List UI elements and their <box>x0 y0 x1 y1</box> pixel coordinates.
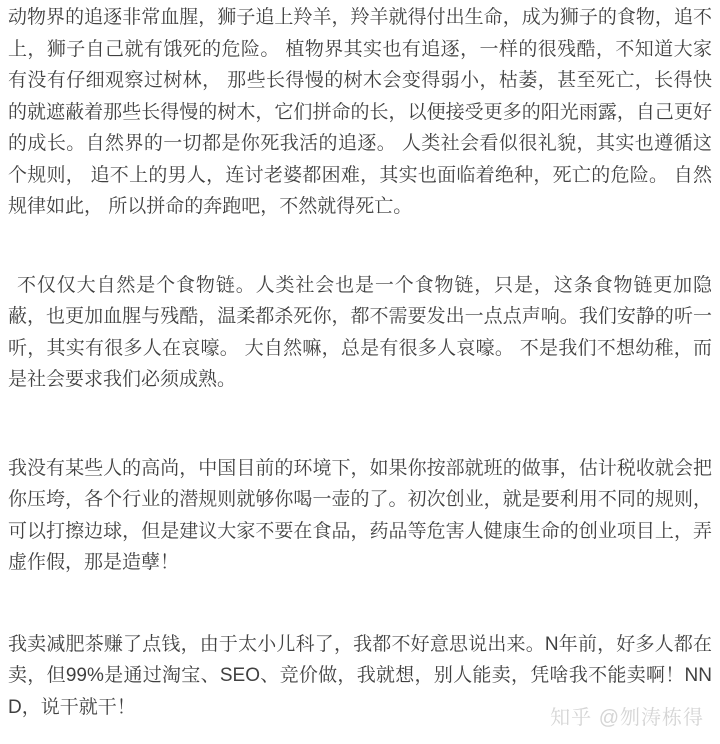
article-body: 动物界的追逐非常血腥，狮子追上羚羊，羚羊就得付出生命，成为狮子的食物，追不上，狮… <box>0 0 720 723</box>
paragraph-food-chain: 不仅仅大自然是个食物链。人类社会也是一个食物链，只是，这条食物链更加隐蔽，也更加… <box>8 270 712 396</box>
paragraph-animal-chase: 动物界的追逐非常血腥，狮子追上羚羊，羚羊就得付出生命，成为狮子的食物，追不上，狮… <box>8 2 712 223</box>
zhihu-watermark: 知乎 @刎涛栋得 <box>550 701 704 730</box>
paragraph-startup-rules: 我没有某些人的高尚，中国目前的环境下，如果你按部就班的做事，估计税收就会把你压垮… <box>8 453 712 579</box>
